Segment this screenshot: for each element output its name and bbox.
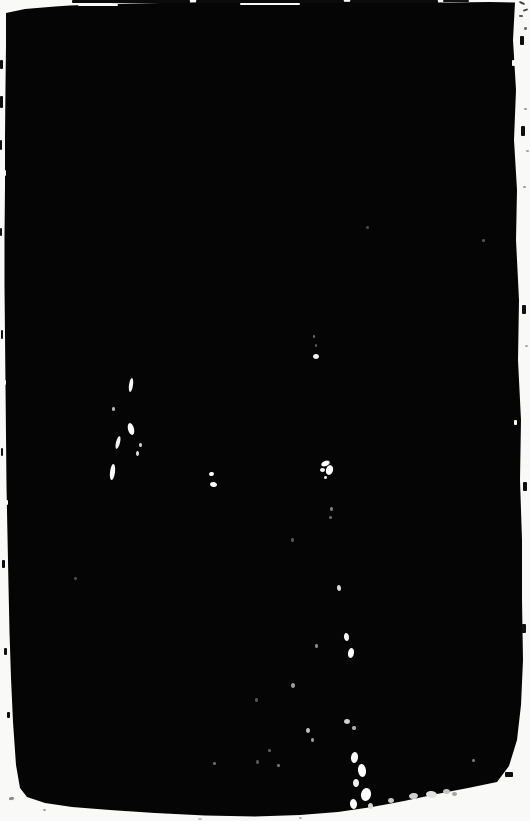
- dark-photo-plate-path: [5, 2, 524, 817]
- scanned-photo-page: [0, 0, 530, 821]
- dark-photo-plate: [0, 0, 530, 821]
